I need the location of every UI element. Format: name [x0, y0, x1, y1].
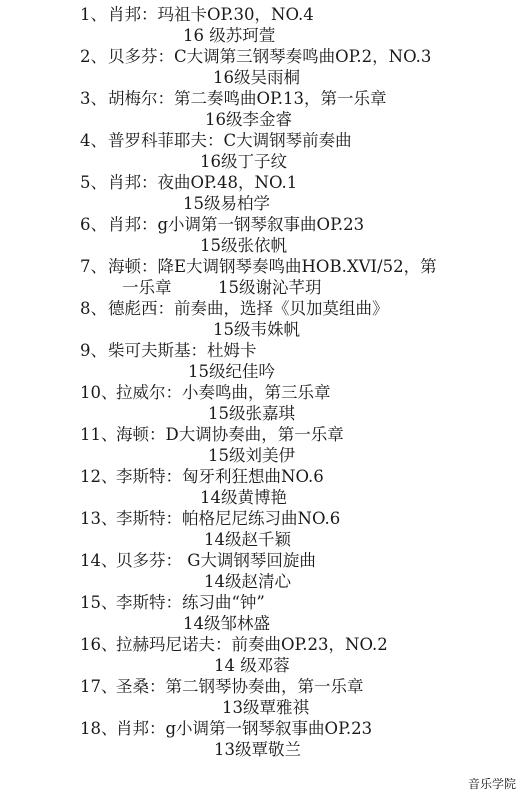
item-number: 9、 [80, 340, 108, 361]
list-item: 11、海顿：D大调协奏曲，第一乐章 [80, 424, 344, 445]
list-item: 3、胡梅尔：第二奏鸣曲OP.13，第一乐章 [80, 88, 387, 109]
item-number: 13、 [80, 508, 116, 529]
piece-title: 肖邦：g小调第一钢琴叙事曲OP.23 [116, 719, 372, 738]
student-name: 13级覃雅祺 [222, 697, 309, 718]
piece-title-continued: 一乐章 [122, 277, 172, 298]
piece-title: 肖邦：玛祖卡OP.30，NO.4 [108, 5, 314, 24]
student-name: 15级韦姝帆 [213, 319, 300, 340]
student-name: 14级赵清心 [204, 571, 291, 592]
piece-title: 拉威尔：小奏鸣曲，第三乐章 [116, 383, 331, 402]
student-name: 15级易柏学 [183, 193, 270, 214]
item-number: 5、 [80, 172, 108, 193]
student-name: 16级李金睿 [205, 109, 292, 130]
piece-title: 贝多芬： G大调钢琴回旋曲 [116, 551, 316, 570]
list-item: 7、海顿：降E大调钢琴奏鸣曲HOB.XVI/52，第 [80, 256, 437, 277]
piece-title: 柴可夫斯基：杜姆卡 [108, 341, 257, 360]
student-name: 15级谢沁芊玥 [218, 277, 322, 298]
item-number: 14、 [80, 550, 116, 571]
list-item: 15、李斯特：练习曲“钟” [80, 592, 265, 613]
piece-title: 贝多芬：C大调第三钢琴奏鸣曲OP.2，NO.3 [108, 47, 431, 66]
list-item: 1、肖邦：玛祖卡OP.30，NO.4 [80, 4, 314, 25]
piece-title: 胡梅尔：第二奏鸣曲OP.13，第一乐章 [108, 89, 387, 108]
list-item: 6、肖邦：g小调第一钢琴叙事曲OP.23 [80, 214, 364, 235]
list-item: 12、李斯特：匈牙利狂想曲NO.6 [80, 466, 324, 487]
item-number: 6、 [80, 214, 108, 235]
item-number: 16、 [80, 634, 116, 655]
piece-title: 肖邦：g小调第一钢琴叙事曲OP.23 [108, 215, 364, 234]
item-number: 4、 [80, 130, 108, 151]
list-item: 10、拉威尔：小奏鸣曲，第三乐章 [80, 382, 331, 403]
piece-title: 李斯特：练习曲“钟” [116, 593, 265, 612]
piece-title: 拉赫玛尼诺夫：前奏曲OP.23，NO.2 [116, 635, 388, 654]
item-number: 7、 [80, 256, 108, 277]
item-number: 18、 [80, 718, 116, 739]
item-number: 10、 [80, 382, 116, 403]
student-name: 14 级邓蓉 [214, 655, 290, 676]
list-item: 2、贝多芬：C大调第三钢琴奏鸣曲OP.2，NO.3 [80, 46, 431, 67]
item-number: 8、 [80, 298, 108, 319]
student-name: 15级张嘉琪 [208, 403, 295, 424]
item-number: 17、 [80, 676, 116, 697]
item-number: 1、 [80, 4, 108, 25]
list-item: 5、肖邦：夜曲OP.48，NO.1 [80, 172, 297, 193]
list-item: 13、李斯特：帕格尼尼练习曲NO.6 [80, 508, 340, 529]
student-name: 13级覃敬兰 [214, 739, 301, 760]
piece-title: 海顿：D大调协奏曲，第一乐章 [116, 425, 344, 444]
item-number: 11、 [80, 424, 116, 445]
list-item: 16、拉赫玛尼诺夫：前奏曲OP.23，NO.2 [80, 634, 388, 655]
student-name: 14级黄博艳 [200, 487, 287, 508]
item-number: 12、 [80, 466, 116, 487]
student-name: 14级赵千颖 [204, 529, 291, 550]
piece-title: 李斯特：匈牙利狂想曲NO.6 [116, 467, 324, 486]
piece-title: 海顿：降E大调钢琴奏鸣曲HOB.XVI/52，第 [108, 257, 437, 276]
item-number: 3、 [80, 88, 108, 109]
student-name: 15级刘美伊 [208, 445, 295, 466]
piece-title: 德彪西：前奏曲，选择《贝加莫组曲》 [108, 299, 389, 318]
student-name: 14级邹林盛 [183, 613, 270, 634]
list-item: 18、肖邦：g小调第一钢琴叙事曲OP.23 [80, 718, 372, 739]
student-name: 16级吴雨桐 [213, 67, 300, 88]
student-name: 15级张依帆 [200, 235, 287, 256]
piece-title: 普罗科菲耶夫：C大调钢琴前奏曲 [108, 131, 352, 150]
list-item: 4、普罗科菲耶夫：C大调钢琴前奏曲 [80, 130, 352, 151]
list-item: 9、柴可夫斯基：杜姆卡 [80, 340, 257, 361]
piece-title: 李斯特：帕格尼尼练习曲NO.6 [116, 509, 340, 528]
item-number: 15、 [80, 592, 116, 613]
list-item: 14、贝多芬： G大调钢琴回旋曲 [80, 550, 316, 571]
watermark-label: 音乐学院 [468, 775, 516, 792]
list-item: 8、德彪西：前奏曲，选择《贝加莫组曲》 [80, 298, 389, 319]
list-item: 17、圣桑：第二钢琴协奏曲，第一乐章 [80, 676, 364, 697]
student-name: 16级丁子纹 [200, 151, 287, 172]
piece-title: 圣桑：第二钢琴协奏曲，第一乐章 [116, 677, 364, 696]
student-name: 15级纪佳吟 [188, 361, 275, 382]
student-name: 16 级苏珂萱 [183, 25, 275, 46]
piece-title: 肖邦：夜曲OP.48，NO.1 [108, 173, 297, 192]
item-number: 2、 [80, 46, 108, 67]
